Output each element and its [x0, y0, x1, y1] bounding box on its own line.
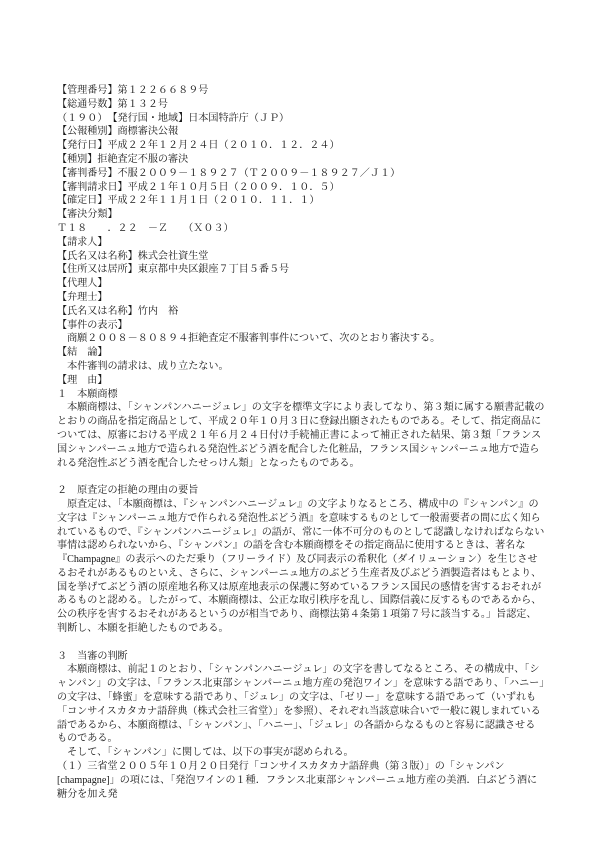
document-body: 【管理番号】第１２２６６８９号 【総通号数】第１３２号 （１９０） 【発行国・地…: [57, 84, 545, 801]
reason-label-line: 【理 由】: [57, 374, 545, 388]
section-board-judgment-heading: ３ 当審の判断: [57, 650, 545, 664]
section-board-judgment: ３ 当審の判断 本願商標は、前記１のとおり、「シャンパンハニージュレ」の文字を書…: [57, 650, 545, 802]
section-trademark-heading: １ 本願商標: [57, 388, 545, 402]
conclusion-text-line: 本件審判の請求は、成り立たない。: [57, 360, 545, 374]
issuing-country-line: （１９０） 【発行国・地域】日本国特許庁（ＪＰ）: [57, 112, 545, 126]
decision-class-code-line: Ｔ１８ ．２２ －Ｚ （Ｘ０３）: [57, 222, 545, 236]
case-title-label-line: 【事件の表示】: [57, 319, 545, 333]
demandant-address-line: 【住所又は居所】東京都中央区銀座７丁目５番５号: [57, 263, 545, 277]
serial-number-line: 【総通号数】第１３２号: [57, 98, 545, 112]
case-type-line: 【種別】拒絶査定不服の審決: [57, 153, 545, 167]
section-refusal-reason: ２ 原査定の拒絶の理由の要旨 原査定は、「本願商標は、『シャンパンハニージュレ』…: [57, 484, 545, 636]
attorney-label-line: 【弁理士】: [57, 291, 545, 305]
demandant-label-line: 【請求人】: [57, 236, 545, 250]
section-board-judgment-paragraph-2: そして、「シャンパン」に関しては、以下の事実が認められる。: [57, 746, 545, 760]
section-trademark: １ 本願商標 本願商標は、「シャンパンハニージュレ」の文字を標準文字により表して…: [57, 388, 545, 471]
section-board-judgment-paragraph-1: 本願商標は、前記１のとおり、「シャンパンハニージュレ」の文字を書してなるところ、…: [57, 663, 545, 746]
appeal-request-date-line: 【審判請求日】平成２１年１０月５日（２００９．１０．５）: [57, 181, 545, 195]
attorney-name-line: 【氏名又は名称】竹内 裕: [57, 305, 545, 319]
management-number-line: 【管理番号】第１２２６６８９号: [57, 84, 545, 98]
conclusion-label-line: 【結 論】: [57, 346, 545, 360]
demandant-name-line: 【氏名又は名称】株式会社資生堂: [57, 250, 545, 264]
section-refusal-reason-heading: ２ 原査定の拒絶の理由の要旨: [57, 484, 545, 498]
section-board-judgment-paragraph-3: （１）三省堂２００５年１０月２０日発行「コンサイスカタカナ語辞典（第３版）」の「…: [57, 760, 545, 801]
case-title-text-line: 商願２００８－８０８９４拒絶査定不服審判事件について、次のとおり審決する。: [57, 332, 545, 346]
gazette-page: 【管理番号】第１２２６６８９号 【総通号数】第１３２号 （１９０） 【発行国・地…: [0, 0, 600, 849]
decision-class-label-line: 【審決分類】: [57, 208, 545, 222]
gazette-type-line: 【公報種別】商標審決公報: [57, 125, 545, 139]
appeal-number-line: 【審判番号】不服２００９－１８９２７（Ｔ２００９－１８９２７／Ｊ１）: [57, 167, 545, 181]
agent-label-line: 【代理人】: [57, 277, 545, 291]
issue-date-line: 【発行日】平成２２年１２月２４日（２０１０．１２．２４）: [57, 139, 545, 153]
section-trademark-paragraph: 本願商標は、「シャンパンハニージュレ」の文字を標準文字により表してなり、第３類に…: [57, 401, 545, 470]
section-refusal-reason-paragraph: 原査定は、「本願商標は、『シャンパンハニージュレ』の文字よりなるところ、構成中の…: [57, 498, 545, 636]
final-date-line: 【確定日】平成２２年１１月１日（２０１０．１１．１）: [57, 194, 545, 208]
